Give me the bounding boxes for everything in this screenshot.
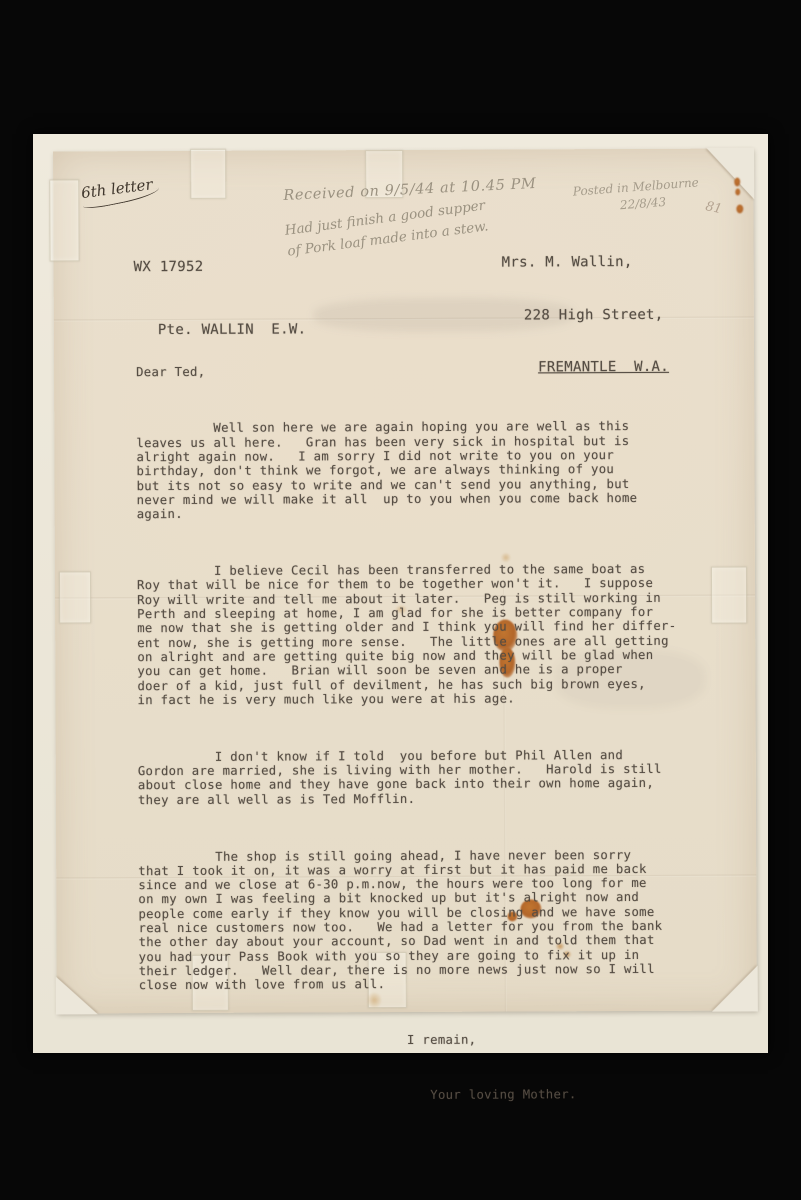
salutation: Dear Ted, (136, 362, 736, 379)
paragraph-1: Well son here we are again hoping you ar… (136, 419, 736, 522)
paragraph-4: The shop is still going ahead, I have ne… (138, 847, 739, 993)
paragraph-2: I believe Cecil has been transferred to … (137, 562, 738, 708)
tape-top-center-left (190, 149, 226, 199)
closing-signature: Your loving Mother. (430, 1086, 739, 1102)
service-number: WX 17952 (134, 256, 306, 278)
paragraph-3: I don't know if I told you before but Ph… (138, 747, 738, 807)
folded-corner-bottom-left (56, 976, 98, 1014)
rust-dot-edge (736, 205, 743, 214)
letter-body: Dear Ted, Well son here we are again hop… (136, 334, 739, 1132)
pencil-page-mark: 81 (704, 199, 723, 217)
letter-sheet: 6th letter Received on 9/5/44 at 10.45 P… (53, 148, 757, 1013)
closing-i-remain: I remain, (407, 1032, 739, 1048)
tape-middle-left (59, 571, 91, 623)
mount-board: 6th letter Received on 9/5/44 at 10.45 P… (33, 134, 768, 1053)
recipient-name: Mrs. M. Wallin, (502, 254, 669, 272)
handwritten-supper-note: Had just finish a good supper of Pork lo… (284, 195, 490, 262)
handwritten-letter-number: 6th letter (80, 174, 160, 208)
handwritten-received-note: Received on 9/5/44 at 10.45 PM (283, 176, 537, 204)
recipient-street: 228 High Street, (524, 306, 669, 324)
rust-dot-edge (735, 189, 740, 196)
rust-dot-edge (734, 178, 740, 187)
folded-corner-top-right (706, 147, 754, 199)
photograph-of-letter: 6th letter Received on 9/5/44 at 10.45 P… (0, 0, 801, 1200)
handwritten-posted-note: Posted in Melbourne 22/8/43 (572, 174, 700, 217)
tape-top-left (49, 179, 79, 261)
